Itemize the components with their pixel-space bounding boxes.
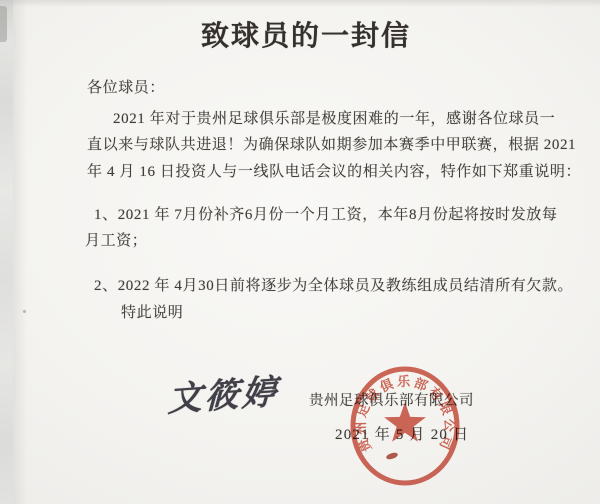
paragraph1-line1: 2021 年对于贵州足球俱乐部是极度困难的一年，感谢各位球员一 [113,107,555,128]
seal-bottom-mark [385,451,398,460]
company-seal: 贵州足球俱乐部有限公司 [336,356,476,496]
letter-document: 致球员的一封信 各位球员： 2021 年对于贵州足球俱乐部是极度困难的一年，感谢… [0,0,600,504]
seal-star [384,402,426,442]
paragraph1-line3: 年 4 月 16 日投资人与一线队电话会议的相关内容，特作如下郑重说明： [87,160,581,181]
letter-title: 致球员的一封信 [0,14,600,54]
scan-edge-top [0,0,600,7]
paragraph1-line2: 直以来与球队共进退！为确保球队如期参加本赛季中甲联赛，根据 2021 [87,133,576,154]
item1-line1: 1、2021 年 7月份补齐6月份一个月工资，本年8月份起将按时发放每 [94,203,558,224]
scan-edge-fade [13,0,27,504]
salutation-line: 各位球员： [87,76,165,97]
scan-speck [23,310,26,313]
item2-line1: 2、2022 年 4月30日前将逐步为全体球员及教练组成员结清所有欠款。 [94,274,573,295]
handwritten-signature: 文筱婷 [167,364,279,421]
scan-edge-left [0,0,13,504]
closing-line: 特此说明 [121,301,183,322]
item1-line2: 月工资； [85,229,147,250]
